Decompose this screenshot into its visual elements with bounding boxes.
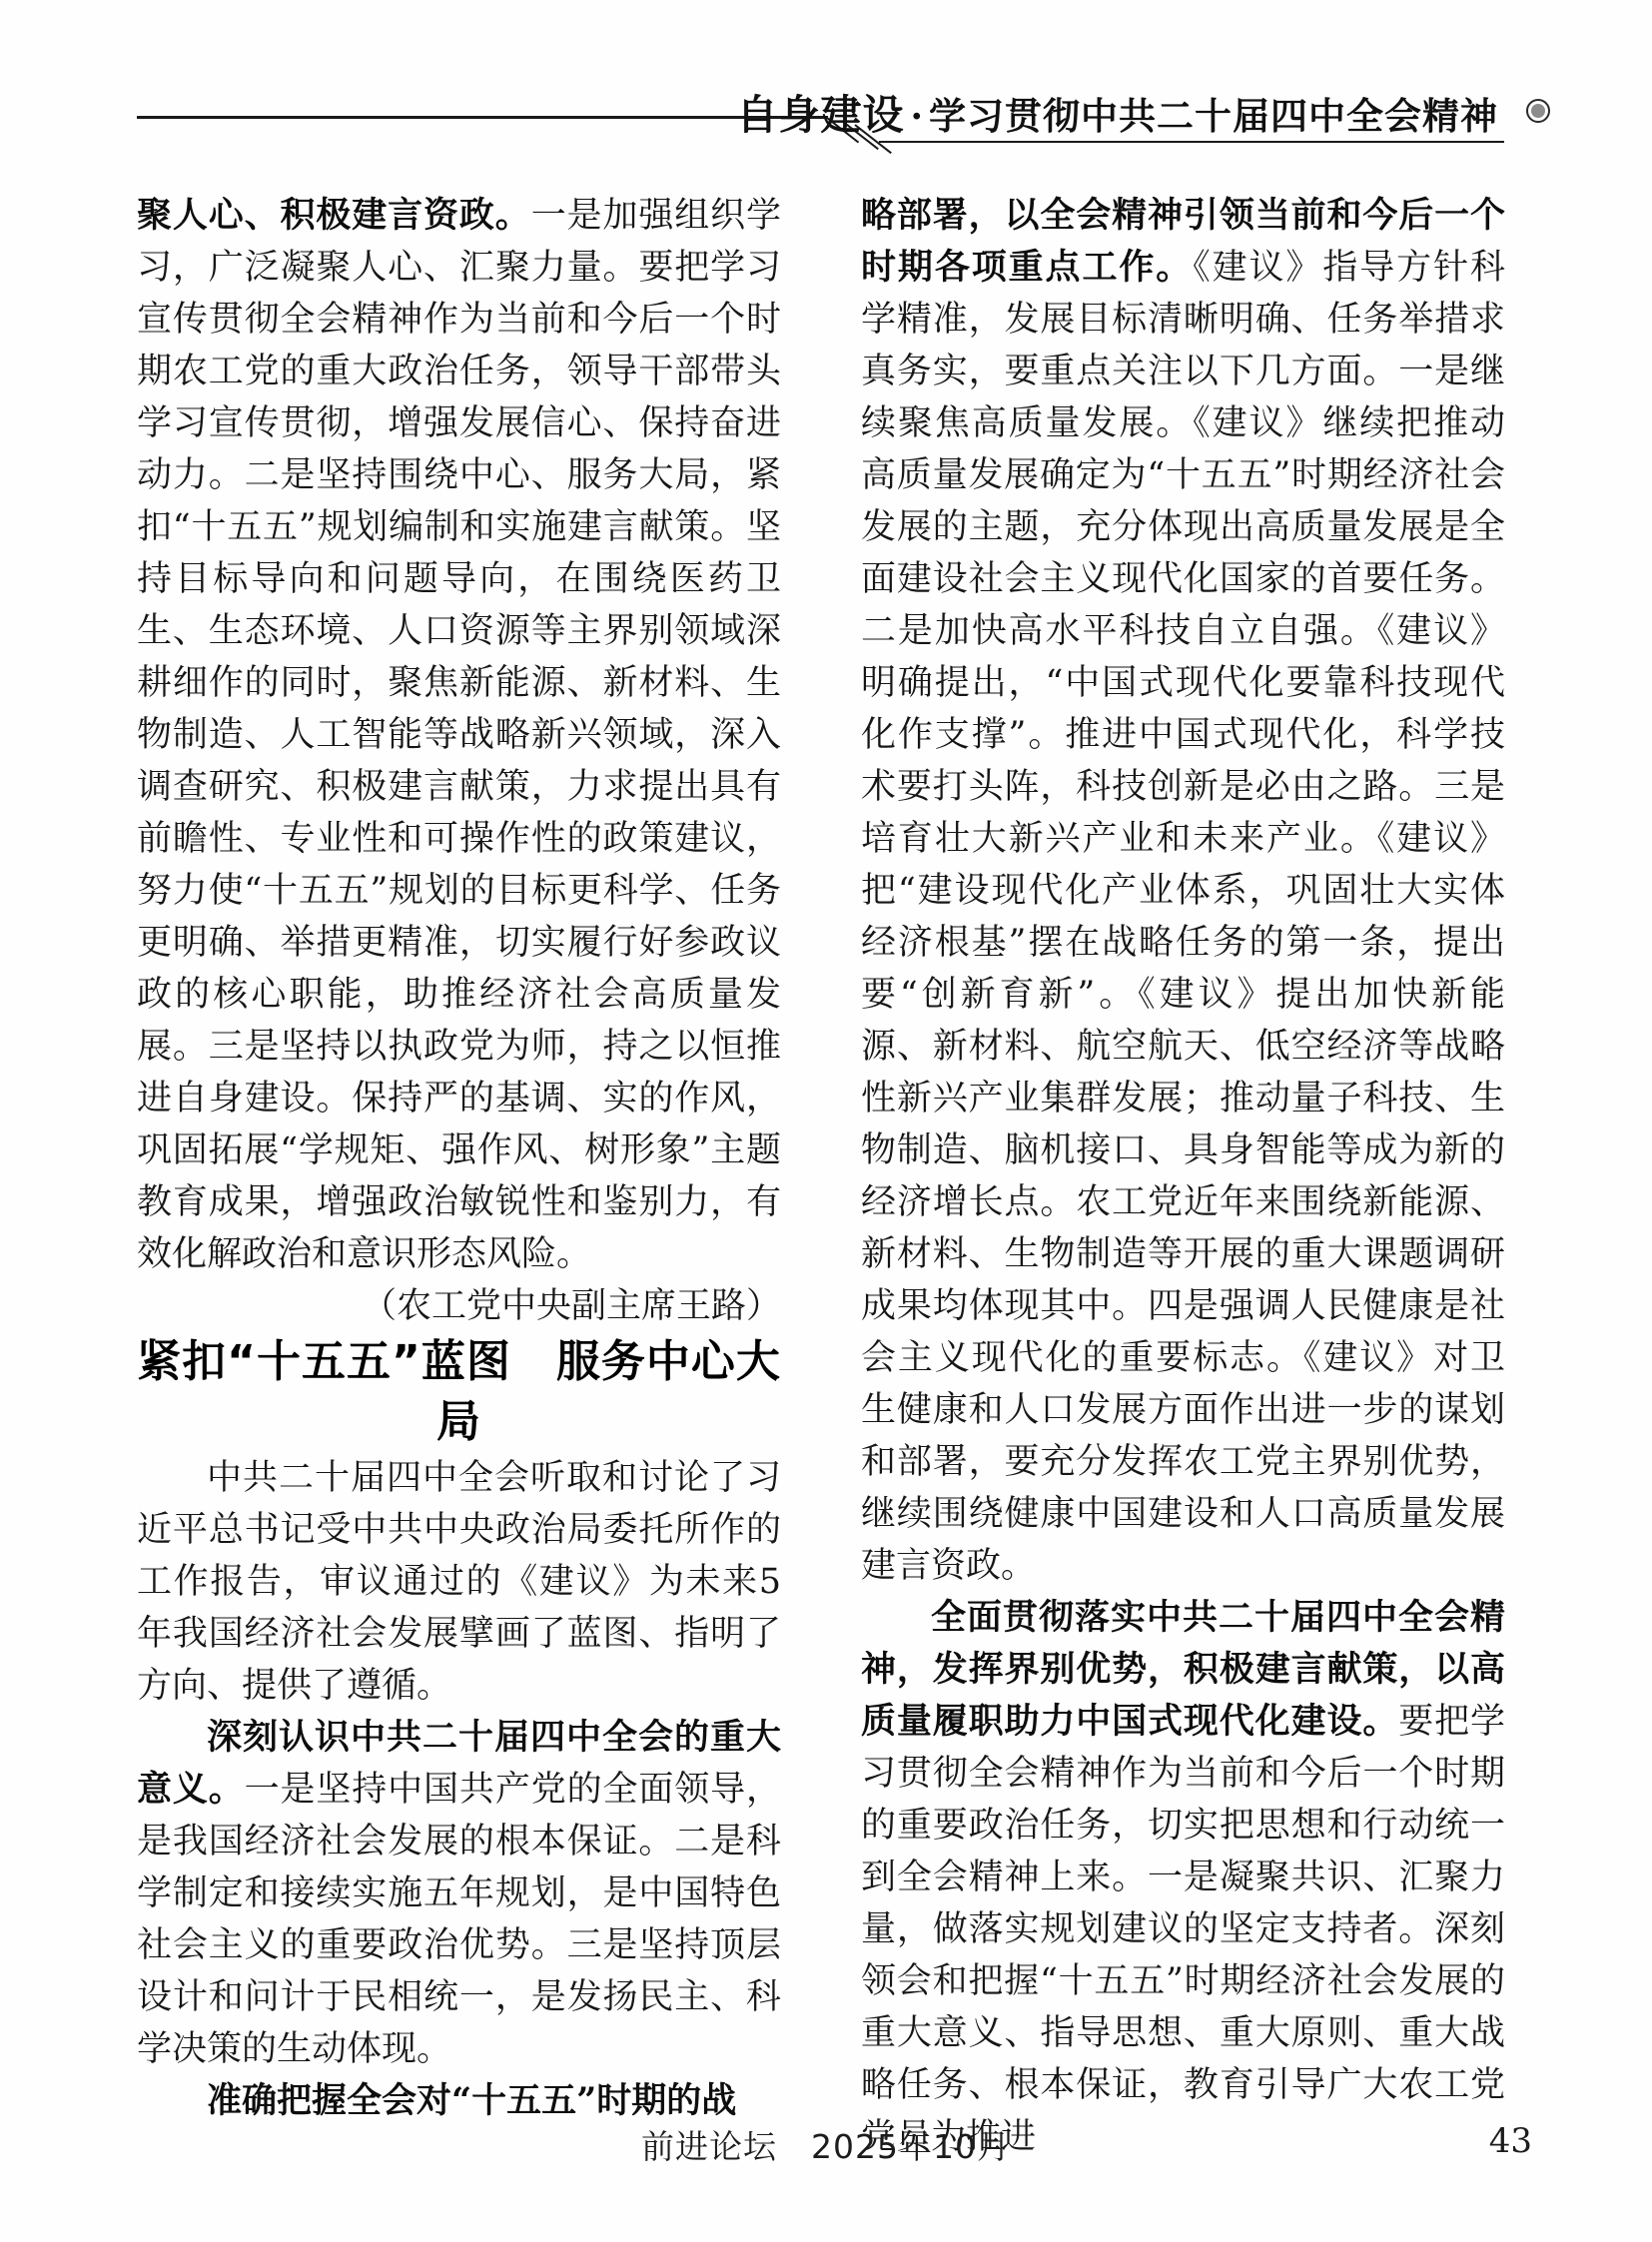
article-section-heading: 紧扣“十五五”蓝图 服务中心大局 [137,1332,781,1452]
header-rule-right [879,141,1504,143]
journal-name: 前进论坛 [641,2127,777,2166]
paragraph: 全面贯彻落实中共二十届四中全会精神，发挥界别优势，积极建言献策，以高质量履职助力… [861,1592,1505,2163]
left-column: 聚人心、积极建言资政。一是加强组织学习，广泛凝聚人心、汇聚力量。要把学习宣传贯彻… [137,190,781,2127]
paragraph-body: 一是坚持中国共产党的全面领导，是我国经济社会发展的根本保证。二是科学制定和接续实… [137,1770,781,2069]
footer: 前进论坛2025年10月 [0,2121,1652,2168]
paragraph: 准确把握全会对“十五五”时期的战 [137,2075,781,2127]
running-head: 自身建设·学习贯彻中共二十届四中全会精神 [599,82,1498,141]
paragraph: 中共二十届四中全会听取和讨论了习近平总书记受中共中央政治局委托所作的工作报告，审… [137,1452,781,1712]
header-bullet-dot [1531,104,1545,118]
paragraph-lead-bold: 聚人心、积极建言资政。 [137,195,531,236]
author-byline: （农工党中央副主席王路） [137,1280,781,1332]
right-column: 略部署，以全会精神引领当前和今后一个时期各项重点工作。《建议》指导方针科学精准，… [861,190,1505,2163]
paragraph-body: 一是加强组织学习，广泛凝聚人心、汇聚力量。要把学习宣传贯彻全会精神作为当前和今后… [137,196,781,1274]
section-label: 自身建设 [736,91,904,139]
magazine-page: 自身建设·学习贯彻中共二十届四中全会精神 聚人心、积极建言资政。一是加强组织学习… [0,0,1652,2242]
paragraph: 深刻认识中共二十届四中全会的重大意义。一是坚持中国共产党的全面领导，是我国经济社… [137,1712,781,2075]
paragraph-continued: 略部署，以全会精神引领当前和今后一个时期各项重点工作。《建议》指导方针科学精准，… [861,190,1505,1592]
issue-date: 2025年10月 [811,2127,1011,2166]
header-bullet-icon [1526,99,1550,123]
paragraph-continued: 聚人心、积极建言资政。一是加强组织学习，广泛凝聚人心、汇聚力量。要把学习宣传贯彻… [137,190,781,1280]
paragraph-body: 《建议》指导方针科学精准，发展目标清晰明确、任务举措求真务实，要重点关注以下几方… [861,248,1505,1586]
section-separator-dot: · [904,96,929,138]
topic-label: 学习贯彻中共二十届四中全会精神 [929,94,1498,138]
page-number: 43 [1472,2121,1532,2161]
paragraph-lead-bold: 准确把握全会对“十五五”时期的战 [207,2080,736,2121]
paragraph-body: 要把学习贯彻全会精神作为当前和今后一个时期的重要政治任务，切实把思想和行动统一到… [861,1702,1505,2157]
